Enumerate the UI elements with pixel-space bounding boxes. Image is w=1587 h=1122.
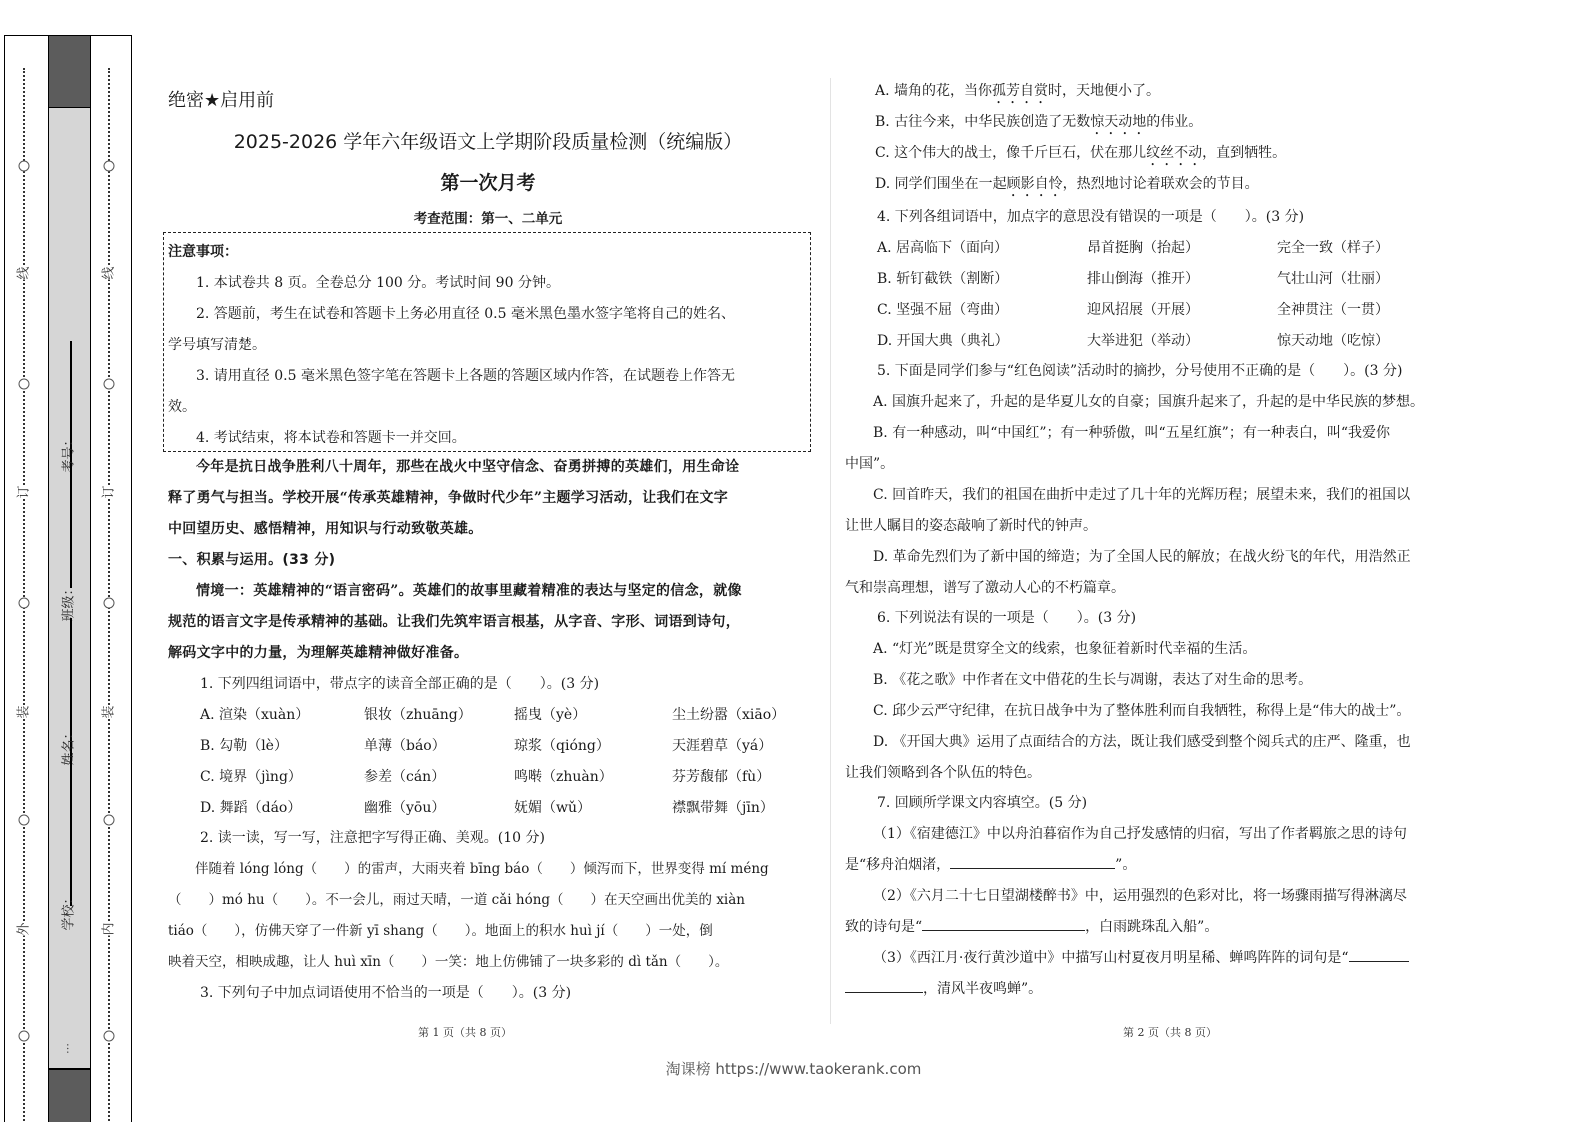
site-watermark: 淘课榜 https://www.taokerank.com: [0, 1058, 1587, 1079]
page-number-2: 第 2 页（共 8 页）: [1123, 1024, 1217, 1040]
ellipsis-mark: …: [65, 1043, 76, 1054]
question-5: 5. 下面是同学们参与“红色阅读”活动时的摘抄，分号使用不正确的是（ ）。(3 …: [845, 356, 1495, 604]
q4-row-c: C. 坚强不屈（弯曲） 迎风招展（开展） 全神贯注（一贯）: [845, 295, 1495, 326]
q5-option-d: D. 革命先烈们为了新中国的缔造；为了全国人民的解放；在战火纷飞的年代，用浩然正: [845, 542, 1495, 573]
notice-item: 4. 考试结束，将本试卷和答题卡一并交回。: [168, 423, 806, 454]
q4-option: B. 斩钉截铁（割断）: [877, 264, 1087, 295]
q4-option: 完全一致（样子）: [1277, 233, 1495, 264]
answer-blank[interactable]: [950, 854, 1115, 869]
intro-line: 中回望历史、感悟精神，用知识与行动致敬英雄。: [168, 514, 808, 545]
exam-title: 2025-2026 学年六年级语文上学期阶段质量检测（统编版）: [168, 127, 808, 154]
q1-option: 银妆（zhuāng）: [364, 700, 514, 731]
q1-option: 单薄（báo）: [364, 731, 514, 762]
class-line[interactable]: [70, 468, 72, 588]
notice-item-cont: 效。: [168, 392, 806, 423]
q2-passage-line: 伴随着 lóng lóng（ ）的雷声，大雨夹着 bīng báo（ ）倾泻而下…: [168, 854, 808, 885]
q5-option-c-cont: 让世人瞩目的姿态敲响了新时代的钟声。: [845, 511, 1495, 542]
q7-part1-answer: 是“移舟泊烟渚，”。: [845, 850, 1495, 881]
q6-option-d-cont: 让我们领略到各个队伍的特色。: [845, 758, 1495, 789]
notice-heading: 注意事项：: [168, 237, 806, 268]
q4-option: 排山倒海（推开）: [1087, 264, 1277, 295]
q4-option: 迎风招展（开展）: [1087, 295, 1277, 326]
notice-item: 1. 本试卷共 8 页。全卷总分 100 分。考试时间 90 分钟。: [168, 268, 806, 299]
school-line[interactable]: [70, 761, 72, 906]
question-stem: 5. 下面是同学们参与“红色阅读”活动时的摘抄，分号使用不正确的是（ ）。(3 …: [845, 356, 1495, 387]
question-6: 6. 下列说法有误的一项是（ ）。(3 分) A. “灯光”既是贯穿全文的线索，…: [845, 603, 1495, 789]
q6-option-b: B. 《花之歌》中作者在文中借花的生长与凋谢，表达了对生命的思考。: [845, 665, 1495, 696]
q1-option: 芬芳馥郁（fù）: [672, 762, 808, 793]
question-2: 2. 读一读，写一写，注意把字写得正确、美观。(10 分) 伴随着 lóng l…: [168, 823, 808, 1009]
q1-option: 琼浆（qióng）: [514, 731, 672, 762]
circle-icon: [104, 161, 115, 172]
q7-part2-answer: 致的诗句是“，白雨跳珠乱入船”。: [845, 912, 1495, 943]
q6-option-c: C. 邱少云严守纪律，在抗日战争中为了整体胜利而自我牺牲，称得上是“伟大的战士”…: [845, 696, 1495, 727]
intro-paragraph: 今年是抗日战争胜利八十周年，那些在战火中坚守信念、奋勇拼搏的英雄们，用生命诠 释…: [168, 452, 808, 669]
q1-option: 摇曳（yè）: [514, 700, 672, 731]
outer-cut-line: [23, 68, 25, 1122]
q1-option: 尘土纷嚣（xiāo）: [672, 700, 808, 731]
circle-icon: [19, 161, 30, 172]
q1-row-c: C. 境界（jìng） 参差（cán） 鸣啭（zhuàn） 芬芳馥郁（fù）: [168, 762, 808, 793]
strip-dark-top: [49, 36, 90, 108]
q6-option-a: A. “灯光”既是贯穿全文的线索，也象征着新时代幸福的生活。: [845, 634, 1495, 665]
q4-option: 全神贯注（一贯）: [1277, 295, 1495, 326]
mark-ding-outer: 订: [17, 485, 32, 498]
q5-option-c: C. 回首昨天，我们的祖国在曲折中走过了几十年的光辉历程；展望未来，我们的祖国以: [845, 480, 1495, 511]
question-stem: 7. 回顾所学课文内容填空。(5 分): [845, 788, 1495, 819]
name-label: 姓名：: [63, 726, 76, 765]
q3-option-c: C. 这个伟大的战士，像千斤巨石，伏在那儿纹丝不动，直到牺牲。: [875, 138, 1495, 169]
question-stem: 4. 下列各组词语中，加点字的意思没有错误的一项是（ ）。(3 分): [845, 202, 1495, 233]
notice-item: 2. 答题前，考生在试卷和答题卡上务必用直径 0.5 毫米黑色墨水签字笔将自己的…: [168, 299, 806, 330]
q4-option: 气壮山河（壮丽）: [1277, 264, 1495, 295]
intro-line: 释了勇气与担当。学校开展“传承英雄精神，争做时代少年”主题学习活动，让我们在文字: [168, 483, 808, 514]
confidential-mark: 绝密★启用前: [168, 86, 274, 112]
q1-option: A. 渲染（xuàn）: [200, 700, 364, 731]
q7-part3: （3）《西江月·夜行黄沙道中》中描写山村夏夜月明星稀、蝉鸣阵阵的词句是“: [845, 943, 1495, 974]
q1-row-d: D. 舞蹈（dáo） 幽雅（yōu） 妩媚（wǔ） 襟飘带舞（jīn）: [168, 793, 808, 824]
q5-option-b: B. 有一种感动，叫“中国红”；有一种骄傲，叫“五星红旗”；有一种表白，叫“我爱…: [845, 418, 1495, 449]
question-stem: 2. 读一读，写一写，注意把字写得正确、美观。(10 分): [168, 823, 808, 854]
q7-part3-answer: ，清风半夜鸣蝉”。: [845, 974, 1495, 1005]
mark-xian-inner: 线: [102, 266, 117, 279]
section-heading: 一、积累与运用。(33 分): [168, 545, 808, 576]
circle-icon: [104, 598, 115, 609]
circle-icon: [104, 379, 115, 390]
question-4: 4. 下列各组词语中，加点字的意思没有错误的一项是（ ）。(3 分) A. 居高…: [845, 202, 1495, 357]
q2-passage-line: （ ）mó hu（ ）。不一会儿，雨过天晴，一道 cǎi hóng（ ）在天空画…: [168, 885, 808, 916]
inner-cut-line: [108, 68, 110, 1122]
q4-option: D. 开国大典（典礼）: [877, 326, 1087, 357]
q1-option: B. 勾勒（lè）: [200, 731, 364, 762]
q2-passage-line: tiáo（ ），仿佛天穿了一件新 yī shang（ ）。地面上的积水 huì …: [168, 916, 808, 947]
q1-option: 天涯碧草（yá）: [672, 731, 808, 762]
q3-option-b: B. 古往今来，中华民族创造了无数惊天动地的伟业。: [875, 107, 1495, 138]
exam-number-label: 考号：: [63, 433, 76, 472]
answer-blank[interactable]: [1349, 947, 1409, 962]
question-3-options: A. 墙角的花，当你孤芳自赏时，天地便小了。 B. 古往今来，中华民族创造了无数…: [875, 76, 1495, 200]
q3-option-a: A. 墙角的花，当你孤芳自赏时，天地便小了。: [875, 76, 1495, 107]
q1-option: 襟飘带舞（jīn）: [672, 793, 808, 824]
notice-box: 注意事项： 1. 本试卷共 8 页。全卷总分 100 分。考试时间 90 分钟。…: [163, 232, 811, 452]
q4-option: 大举进犯（举动）: [1087, 326, 1277, 357]
circle-icon: [19, 379, 30, 390]
q3-option-d: D. 同学们围坐在一起顾影自怜，热烈地讨论着联欢会的节目。: [875, 169, 1495, 200]
q7-part1: （1）《宿建德江》中以舟泊暮宿作为自己抒发感情的归宿，写出了作者羁旅之思的诗句: [845, 819, 1495, 850]
q5-option-a: A. 国旗升起来了，升起的是华夏儿女的自豪；国旗升起来了，升起的是中华民族的梦想…: [845, 387, 1495, 418]
q1-option: D. 舞蹈（dáo）: [200, 793, 364, 824]
page-divider: [830, 78, 831, 1024]
q2-passage-line: 映着天空，相映成趣，让人 huì xīn（ ）一笑：地上仿佛铺了一块多彩的 dì…: [168, 947, 808, 978]
notice-item: 3. 请用直径 0.5 毫米黑色签字笔在答题卡上各题的答题区域内作答，在试题卷上…: [168, 361, 806, 392]
q5-option-d-cont: 气和崇高理想，谱写了激动人心的不朽篇章。: [845, 573, 1495, 604]
mark-wai: 外: [17, 922, 32, 935]
q1-option: 鸣啭（zhuàn）: [514, 762, 672, 793]
context-line: 规范的语言文字是传承精神的基础。让我们先筑牢语言根基，从字音、字形、词语到诗句，: [168, 607, 808, 638]
circle-icon: [19, 815, 30, 826]
context-line: 情境一：英雄精神的“语言密码”。英雄们的故事里藏着精准的表达与坚定的信念，就像: [168, 576, 808, 607]
mark-xian-outer: 线: [17, 266, 32, 279]
question-stem: 1. 下列四组词语中，带点字的读音全部正确的是（ ）。(3 分): [168, 669, 808, 700]
circle-icon: [104, 1031, 115, 1042]
mark-ding-inner: 订: [102, 485, 117, 498]
circle-icon: [19, 598, 30, 609]
q4-option: C. 坚强不屈（弯曲）: [877, 295, 1087, 326]
student-info-strip: 考号： 班级： 姓名： 学校： …: [48, 36, 91, 1122]
q4-option: A. 居高临下（面向）: [877, 233, 1087, 264]
mark-zhuang-outer: 装: [17, 705, 32, 718]
q1-option: 幽雅（yōu）: [364, 793, 514, 824]
exam-scope: 考查范围：第一、二单元: [168, 207, 808, 227]
q1-option: 参差（cán）: [364, 762, 514, 793]
intro-line: 今年是抗日战争胜利八十周年，那些在战火中坚守信念、奋勇拼搏的英雄们，用生命诠: [168, 452, 808, 483]
answer-blank[interactable]: [845, 978, 923, 993]
q4-option: 昂首挺胸（抬起）: [1087, 233, 1277, 264]
q1-row-a: A. 渲染（xuàn） 银妆（zhuāng） 摇曳（yè） 尘土纷嚣（xiāo）: [168, 700, 808, 731]
q1-option: C. 境界（jìng）: [200, 762, 364, 793]
q1-row-b: B. 勾勒（lè） 单薄（báo） 琼浆（qióng） 天涯碧草（yá）: [168, 731, 808, 762]
q4-row-d: D. 开国大典（典礼） 大举进犯（举动） 惊天动地（吃惊）: [845, 326, 1495, 357]
q4-option: 惊天动地（吃惊）: [1277, 326, 1495, 357]
mark-zhuang-inner: 装: [102, 705, 117, 718]
q5-option-b-cont: 中国”。: [845, 449, 1495, 480]
school-label: 学校：: [63, 891, 76, 930]
q6-option-d: D. 《开国大典》运用了点面结合的方法，既让我们感受到整个阅兵式的庄严、隆重，也: [845, 727, 1495, 758]
binding-margin: 考号： 班级： 姓名： 学校： … 线 订 装 外 线 订 装 内: [4, 35, 132, 1122]
q4-row-b: B. 斩钉截铁（割断） 排山倒海（推开） 气壮山河（壮丽）: [845, 264, 1495, 295]
q4-row-a: A. 居高临下（面向） 昂首挺胸（抬起） 完全一致（样子）: [845, 233, 1495, 264]
question-stem: 6. 下列说法有误的一项是（ ）。(3 分): [845, 603, 1495, 634]
notice-item-cont: 学号填写清楚。: [168, 330, 806, 361]
exam-subtitle: 第一次月考: [168, 168, 808, 195]
q1-option: 妩媚（wǔ）: [514, 793, 672, 824]
q7-part2: （2）《六月二十七日望湖楼醉书》中，运用强烈的色彩对比，将一场骤雨描写得淋漓尽: [845, 881, 1495, 912]
mark-nei: 内: [102, 922, 117, 935]
question-3-stem: 3. 下列句子中加点词语使用不恰当的一项是（ ）。(3 分): [168, 978, 808, 1009]
context-line: 解码文字中的力量，为理解英雄精神做好准备。: [168, 638, 808, 669]
circle-icon: [19, 1031, 30, 1042]
page-number-1: 第 1 页（共 8 页）: [418, 1024, 512, 1040]
circle-icon: [104, 815, 115, 826]
question-7: 7. 回顾所学课文内容填空。(5 分) （1）《宿建德江》中以舟泊暮宿作为自己抒…: [845, 788, 1495, 1005]
question-1: 1. 下列四组词语中，带点字的读音全部正确的是（ ）。(3 分) A. 渲染（x…: [168, 669, 808, 824]
class-label: 班级：: [63, 582, 76, 621]
answer-blank[interactable]: [922, 916, 1085, 931]
